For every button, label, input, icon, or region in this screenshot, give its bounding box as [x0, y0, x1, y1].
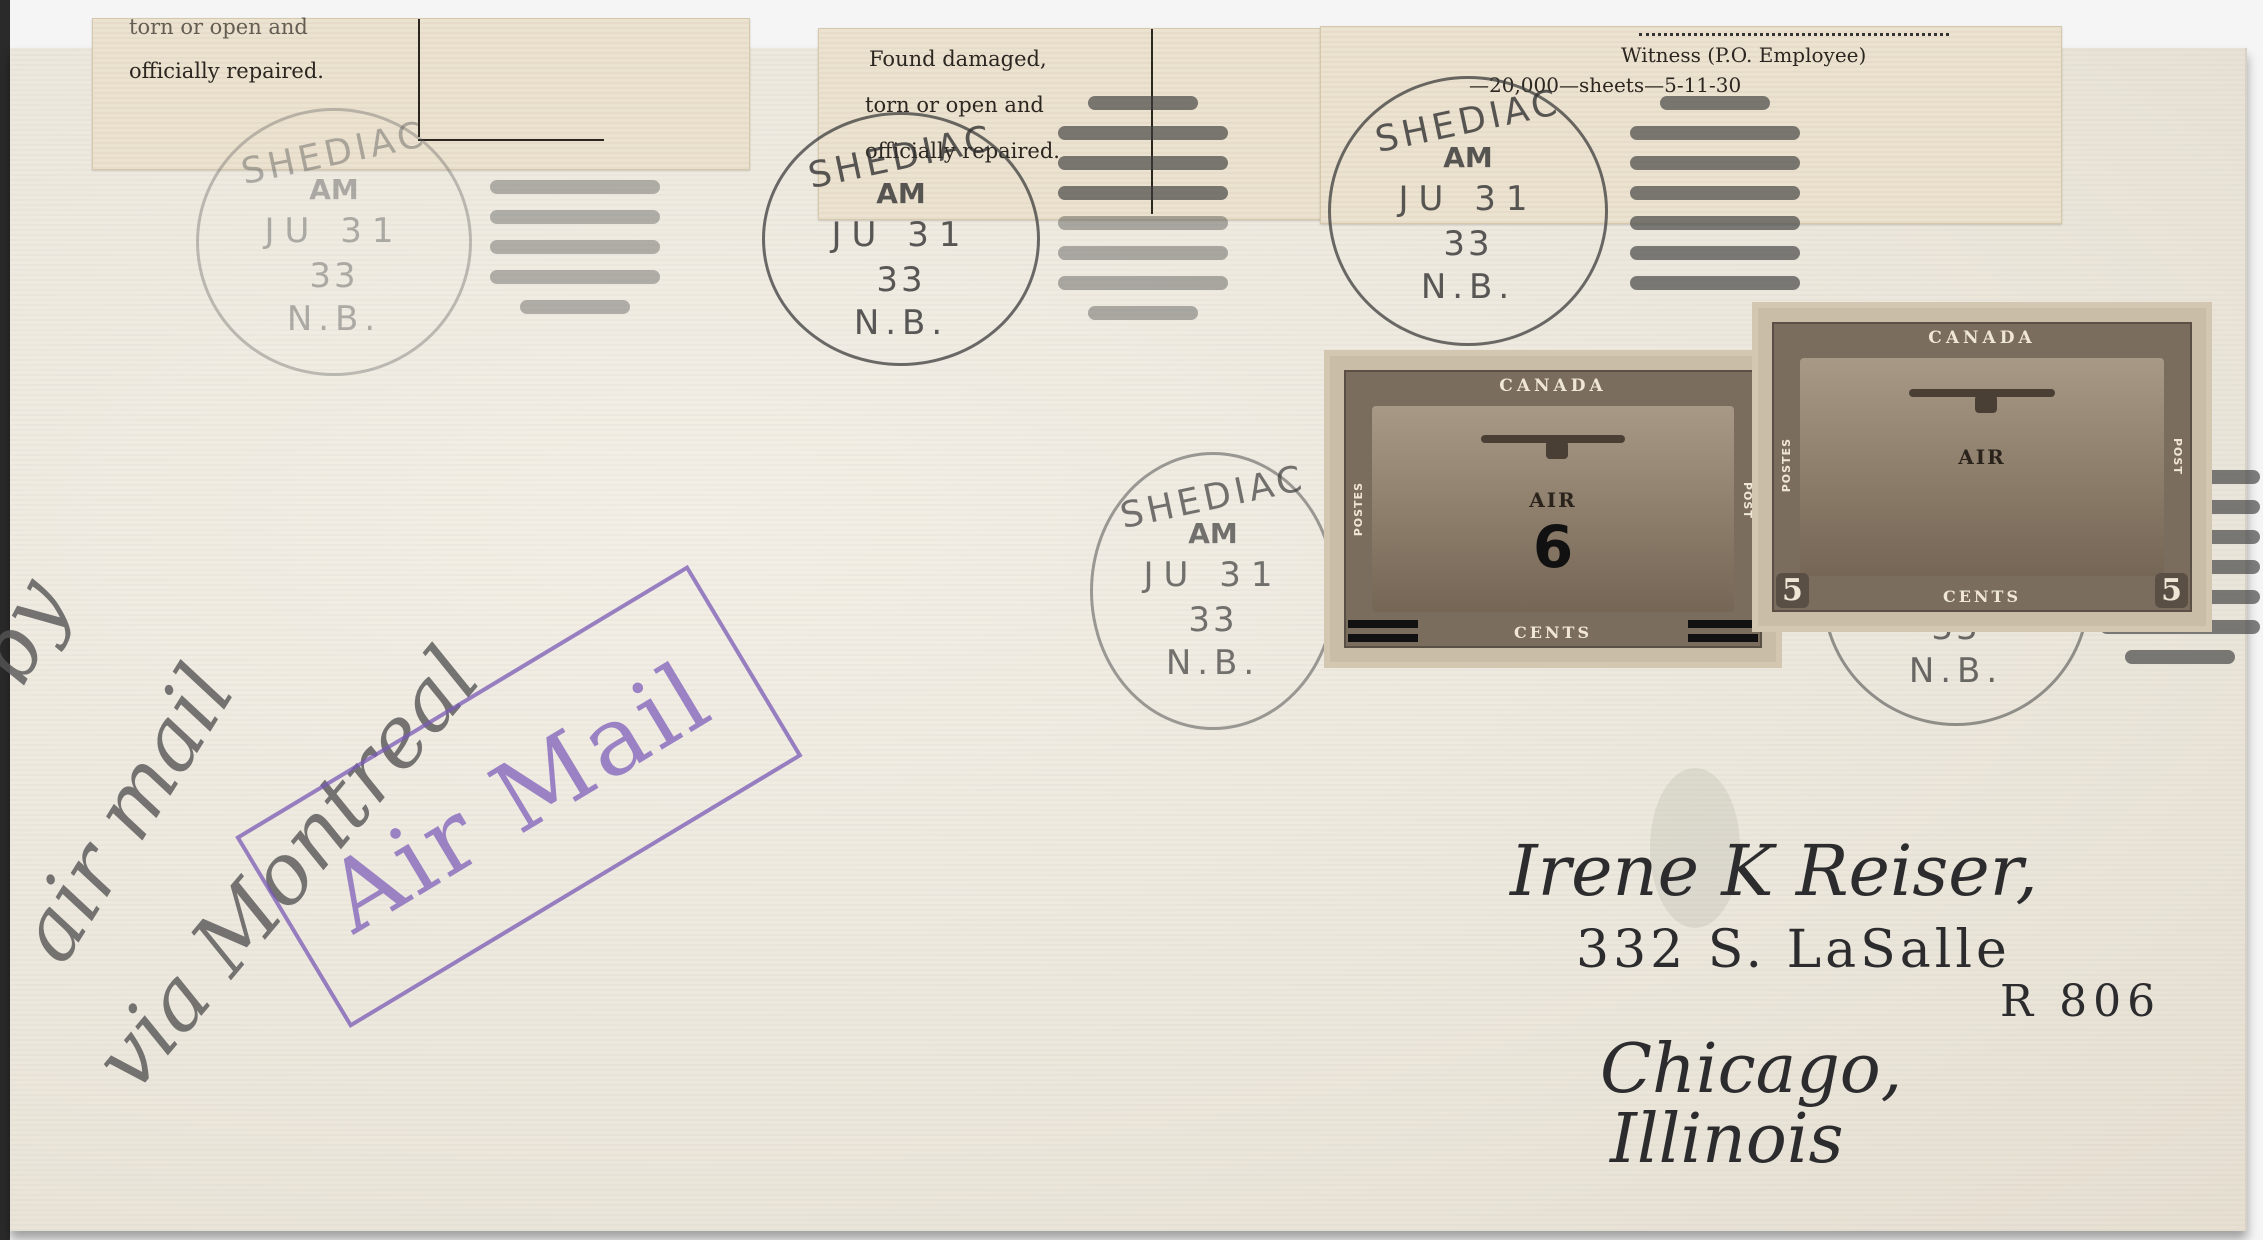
obliterating-bars: [1348, 620, 1418, 642]
address-street: 332 S. LaSalle: [1576, 920, 2011, 980]
surcharge-value: 6: [1372, 513, 1734, 581]
obliterating-bars: [1688, 620, 1758, 642]
stamp-5-cents: AIR CANADA POSTES POST CENTS 5 5: [1758, 308, 2206, 626]
postmark: SHEDIAC AM JU 31 33 N.B.: [762, 112, 1040, 366]
killer-bars: [1630, 96, 1800, 306]
tape-text-line: Witness (P.O. Employee): [1621, 43, 1866, 67]
stamp-surcharged: AIR 6 CANADA POSTES POST CENTS: [1330, 356, 1776, 662]
address-name: Irene K Reiser,: [1510, 830, 2038, 912]
airplane-icon: [1481, 435, 1626, 443]
address-city: Chicago,: [1600, 1030, 1902, 1109]
postmark: SHEDIAC AM JU 31 33 N.B.: [1328, 76, 1608, 346]
postmark: SHEDIAC AM JU 31 33 N.B.: [196, 108, 472, 376]
killer-bars: [490, 180, 660, 330]
address-state: Illinois: [1610, 1100, 1843, 1179]
address-room: R 806: [2000, 976, 2161, 1027]
tape-text-line: torn or open and: [129, 15, 308, 39]
airplane-icon: [1909, 389, 2055, 397]
tape-text-line: officially repaired.: [129, 59, 324, 83]
postmark: SHEDIAC AM JU 31 33 N.B.: [1090, 452, 1336, 730]
killer-bars: [1058, 96, 1228, 336]
signature-line: [1639, 33, 1949, 36]
tape-text-line: Found damaged,: [869, 47, 1047, 71]
